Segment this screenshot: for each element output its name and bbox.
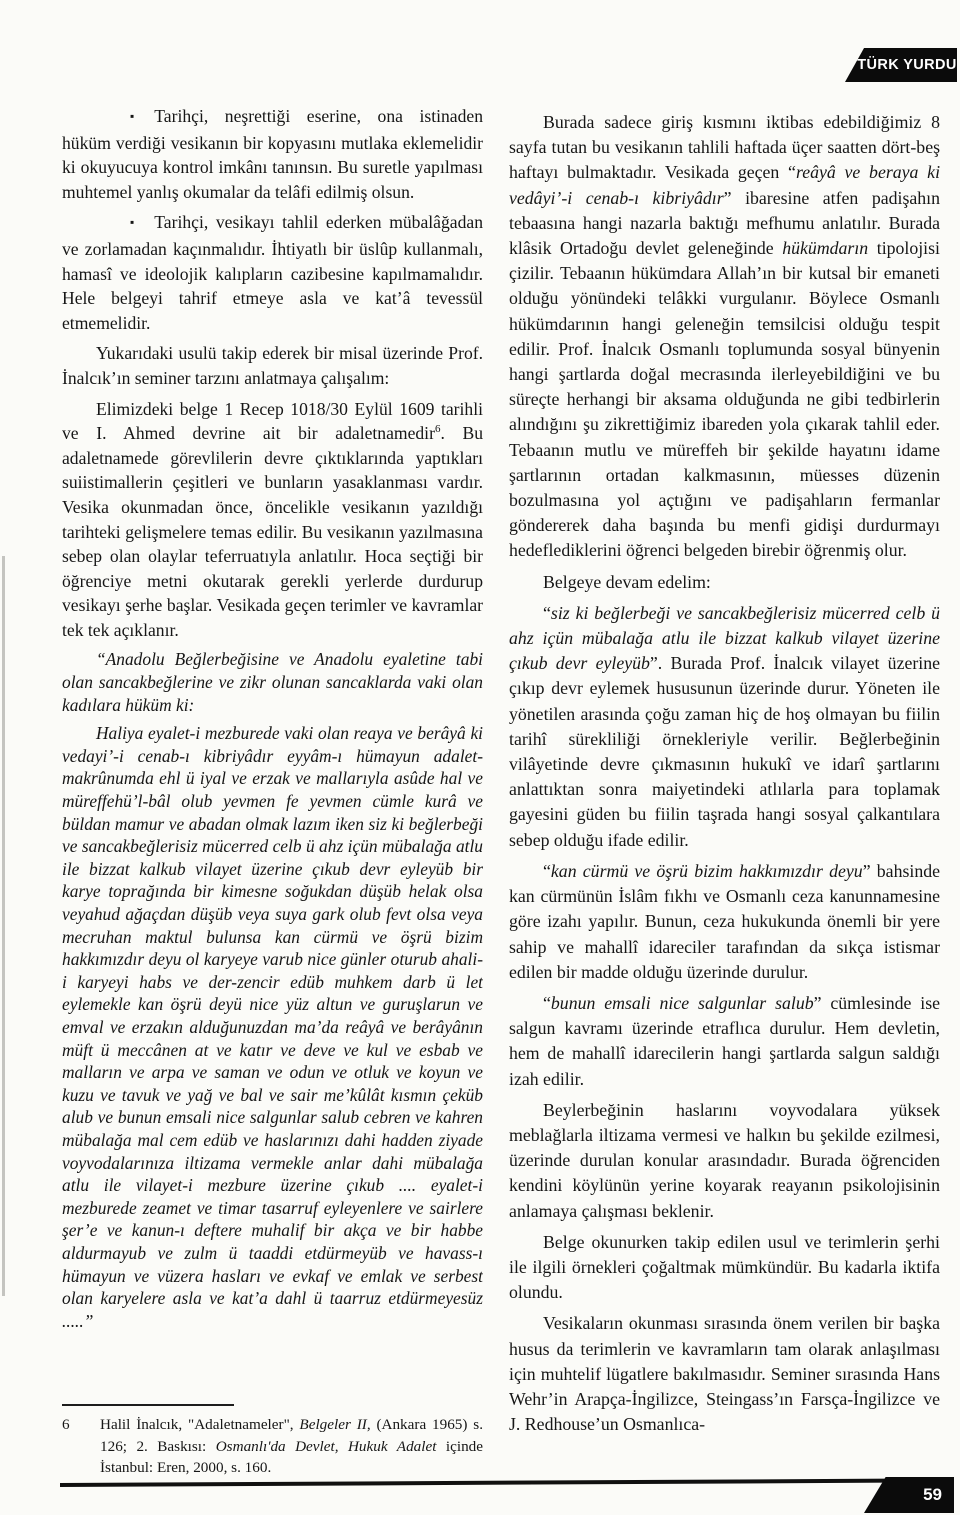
italic-text-run: Belgeler II	[299, 1416, 366, 1433]
scan-artifact-line	[2, 556, 5, 1296]
text-run: . Bu adaletnamede görevlilerin devre çık…	[62, 423, 483, 640]
text-run: ”. Burada Prof. İnalcık vilayet üzerine …	[509, 653, 940, 849]
paragraph: “bunun emsali nice salgunlar salub” cüml…	[509, 991, 940, 1092]
bullet-icon: ▪	[96, 210, 134, 235]
right-column: Burada sadece giriş kısmını iktibas edeb…	[509, 110, 940, 1472]
quote-paragraph: “Anadolu Beğlerbeğisine ve Anadolu eyale…	[62, 648, 483, 716]
left-column: ▪Tarihçi, neşrettiği eserine, ona istina…	[62, 104, 483, 1400]
text-run: “	[543, 993, 551, 1013]
paragraph: Belgeye devam edelim:	[509, 570, 940, 595]
footnote-text: Halil İnalcık, "Adaletnameler", Belgeler…	[100, 1416, 483, 1476]
text-run: Halil İnalcık, "Adaletnameler",	[100, 1416, 299, 1433]
text-run: Elimizdeki belge 1 Recep 1018/30 Eylül 1…	[62, 399, 483, 444]
text-run: Belgeye devam edelim:	[543, 572, 711, 592]
text-run: “Anadolu Beğlerbeğisine ve Anadolu eyale…	[62, 649, 483, 714]
italic-text-run: kan cürmü ve öşrü bizim hakkımızdır deyu	[551, 861, 863, 881]
paragraph: Belge okunurken takip edilen usul ve ter…	[509, 1230, 940, 1306]
bullet-paragraph: ▪Tarihçi, neşrettiği eserine, ona istina…	[62, 104, 483, 204]
paragraph: “kan cürmü ve öşrü bizim hakkımızdır dey…	[509, 859, 940, 985]
paragraph: “siz ki beğlerbeği ve sancakbeğlerisiz m…	[509, 601, 940, 853]
journal-logo-badge: TÜRK YURDU	[845, 48, 957, 82]
text-run: Vesikaların okunması sırasında önem veri…	[509, 1313, 940, 1434]
journal-page: TÜRK YURDU ▪Tarihçi, neşrettiği eserine,…	[0, 0, 960, 1515]
text-run: Yukarıdaki usulü takip ederek bir misal …	[62, 343, 483, 388]
italic-text-run: bunun emsali nice salgunlar salub	[551, 993, 814, 1013]
footnote-marker: 6	[62, 1414, 100, 1436]
paragraph: Burada sadece giriş kısmını iktibas edeb…	[509, 110, 940, 564]
italic-text-run: Osmanlı'da Devlet, Hukuk Adalet	[216, 1438, 437, 1455]
paragraph: Vesikaların okunması sırasında önem veri…	[509, 1311, 940, 1437]
text-run: Haliya eyalet-i mezburede vaki olan reay…	[62, 723, 483, 1330]
quote-paragraph: Haliya eyalet-i mezburede vaki olan reay…	[62, 722, 483, 1332]
journal-logo-text: TÜRK YURDU	[857, 57, 957, 73]
text-run: tipolojisi çizilir. Tebaanın hükümdara A…	[509, 238, 940, 560]
text-run: Belge okunurken takip edilen usul ve ter…	[509, 1232, 940, 1302]
paragraph: Yukarıdaki usulü takip ederek bir misal …	[62, 341, 483, 390]
paragraph: Beylerbeğinin haslarını voyvodalara yüks…	[509, 1098, 940, 1224]
footnote-separator	[62, 1404, 234, 1406]
footer-rule	[60, 1479, 888, 1487]
bullet-icon: ▪	[96, 104, 134, 129]
page-number: 59	[923, 1485, 942, 1505]
text-run: Beylerbeğinin haslarını voyvodalara yüks…	[509, 1100, 940, 1221]
bullet-paragraph: ▪Tarihçi, vesikayı tahlil ederken mübalâ…	[62, 210, 483, 335]
paragraph: Elimizdeki belge 1 Recep 1018/30 Eylül 1…	[62, 397, 483, 643]
text-run: “	[543, 603, 551, 623]
footnote: 6Halil İnalcık, "Adaletnameler", Belgele…	[62, 1414, 483, 1479]
footnote-area: 6Halil İnalcık, "Adaletnameler", Belgele…	[62, 1404, 483, 1479]
text-run: “	[543, 861, 551, 881]
italic-text-run: hükümdarın	[782, 238, 868, 258]
